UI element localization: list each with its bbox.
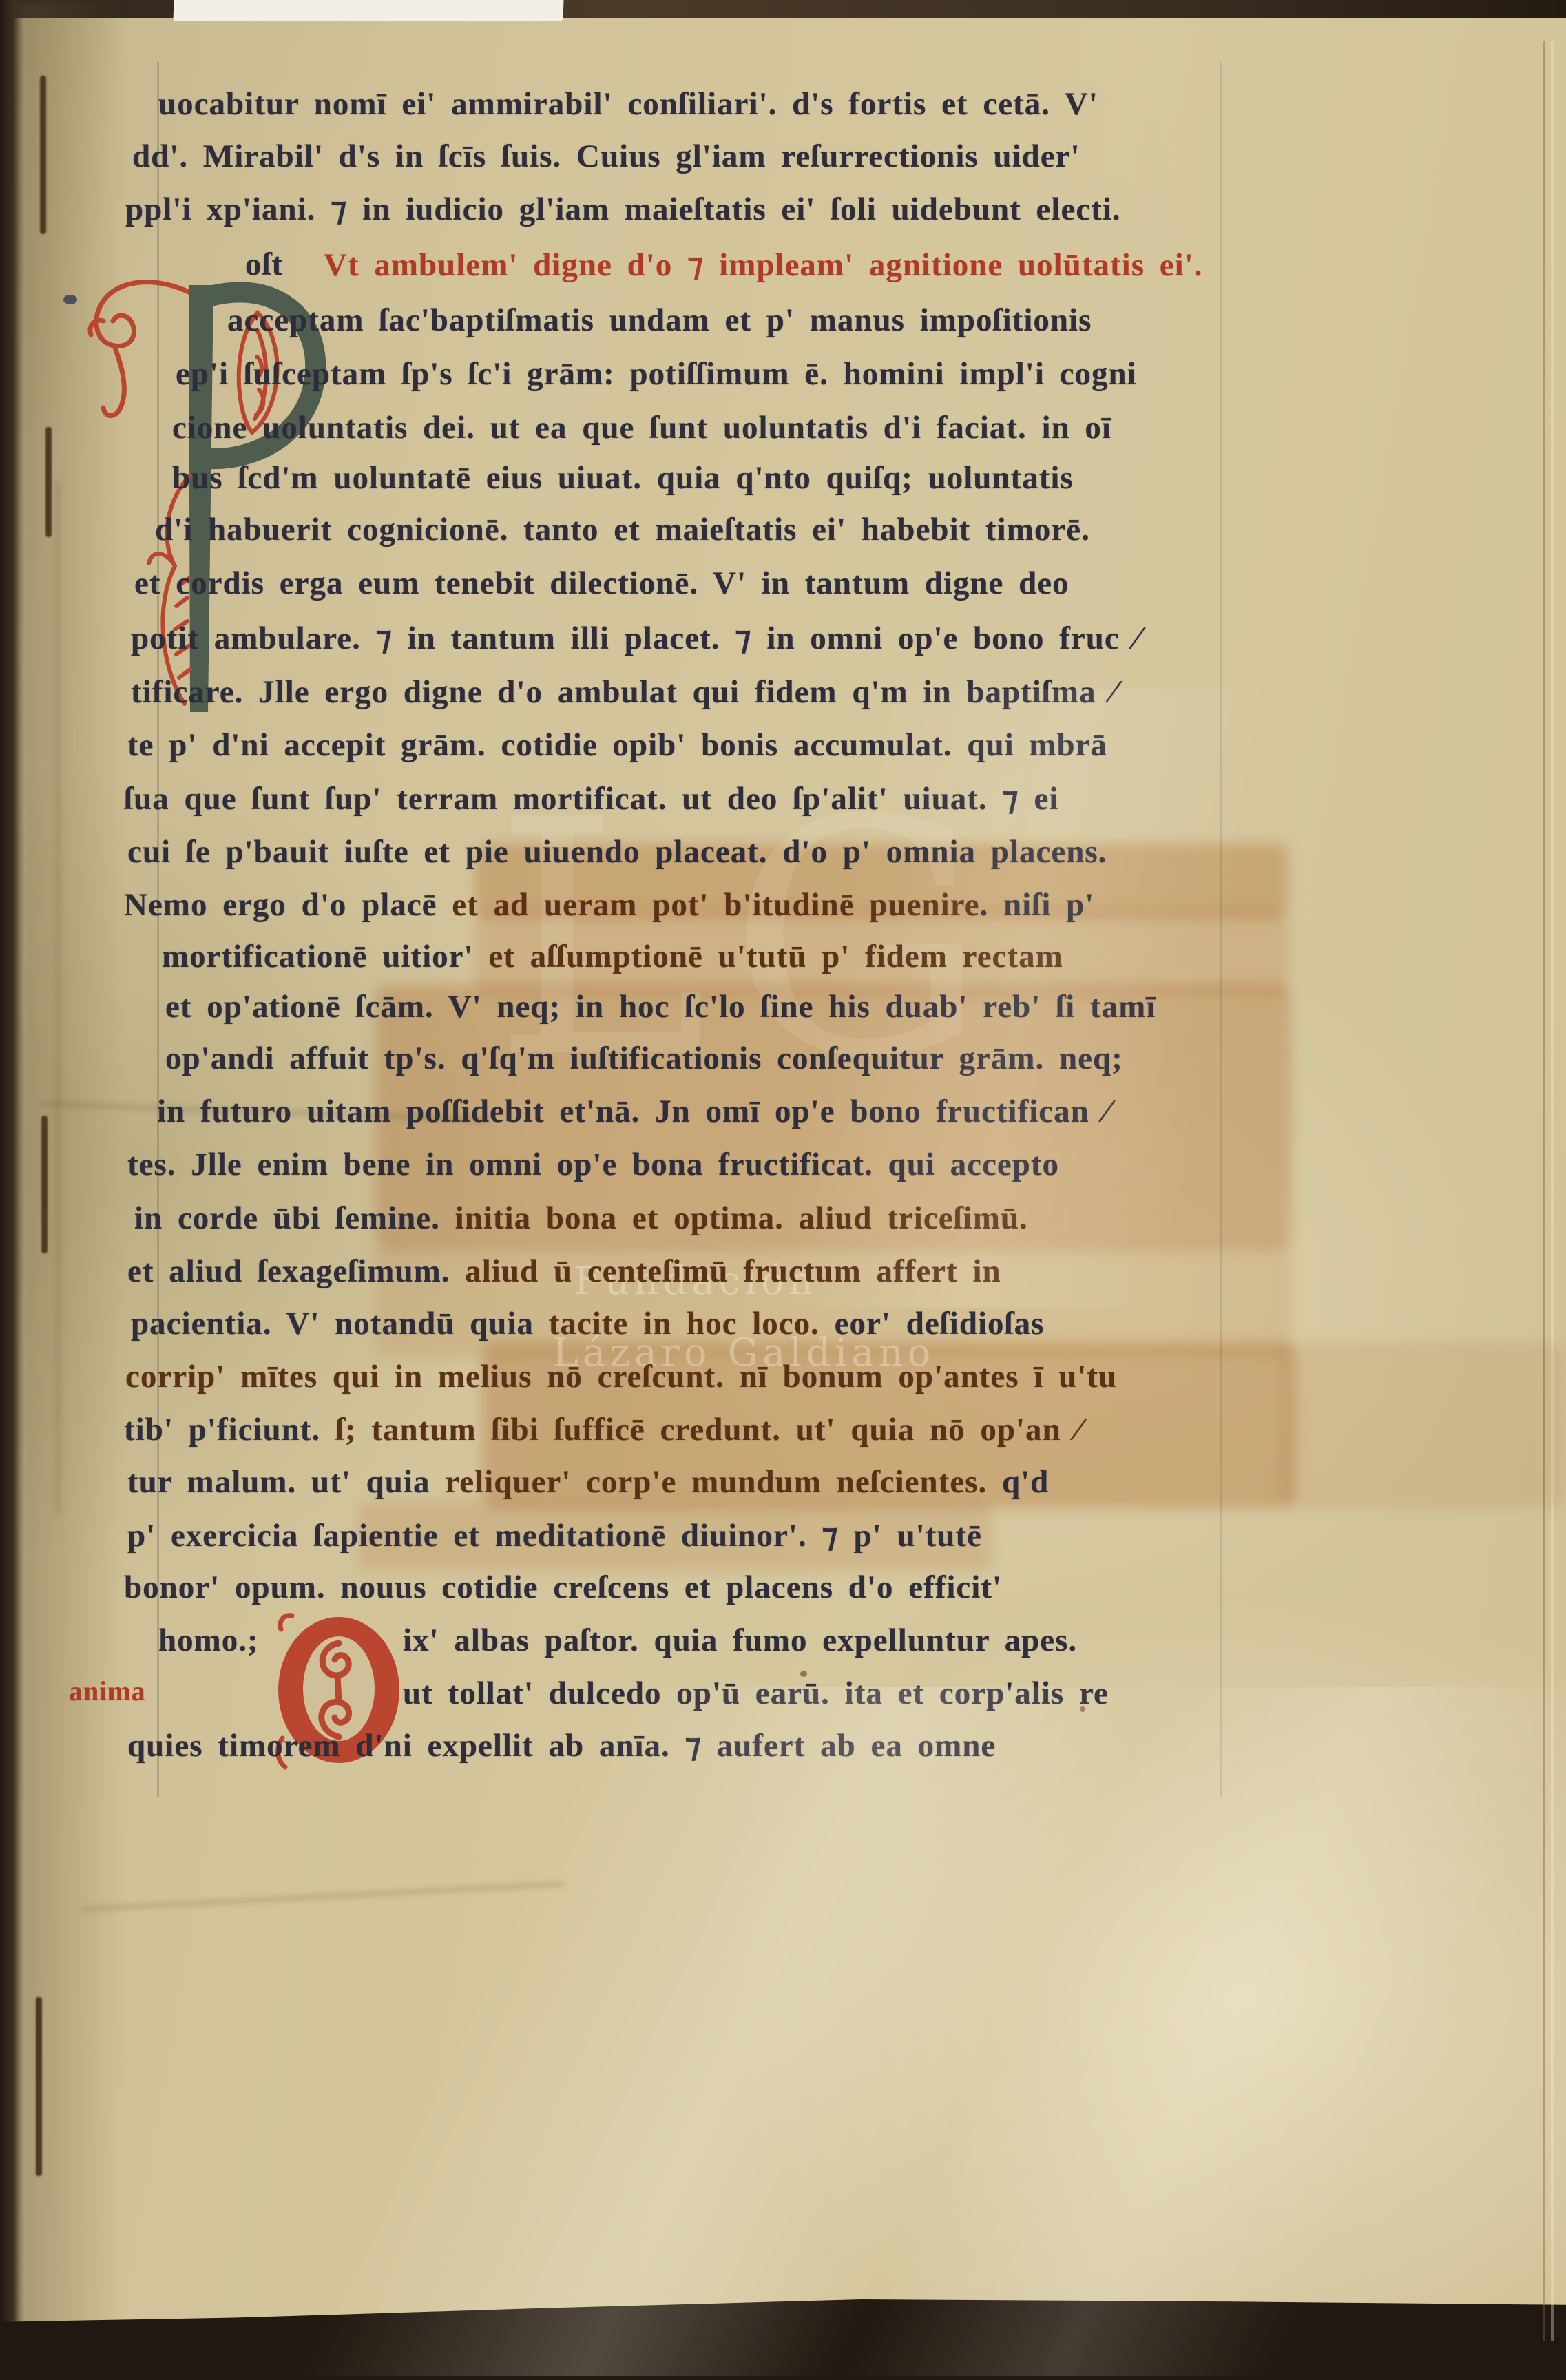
text-line: acceptam ſac'baptiſmatis undam et p' man…	[0, 302, 1566, 350]
rubric-text: Vt ambulem' digne d'o ⁊ impleam' agnitio…	[324, 246, 1203, 284]
text-line: et aliud ſexageſimum. aliud ū centeſimū …	[0, 1253, 1566, 1301]
text-line: op'andi affuit tp's. q'ſq'm iuſtificatio…	[0, 1040, 1566, 1088]
text-line: ep'i ſuſceptam ſp's ſc'i grām: potiſſimu…	[0, 355, 1566, 404]
text-line: tur malum. ut' quia reliquer' corp'e mun…	[0, 1463, 1566, 1512]
body-text: in corde ūbi ſemine.	[134, 1200, 455, 1236]
body-text: cui ſe p'bauit iuſte et pie uiuendo plac…	[127, 834, 1107, 870]
body-text: tificare. Jlle ergo digne d'o ambulat qu…	[131, 674, 1117, 710]
text-line: dd'. Mirabil' d's in ſcīs ſuis. Cuius gl…	[0, 138, 1566, 186]
body-text: et ad ueram pot' b'itudinē puenire	[452, 887, 979, 923]
manuscript-photo: LG Fundación Lázaro Galdiano	[0, 0, 1566, 2380]
text-line: in corde ūbi ſemine. initia bona et opti…	[0, 1200, 1566, 1248]
text-line: ppl'i xp'iani. ⁊ in iudicio gl'iam maieſ…	[0, 190, 1566, 238]
body-text: tes. Jlle enim bene in omni op'e bona fr…	[127, 1147, 1059, 1182]
text-line: bus ſcd'm uoluntatē eius uiuat. quia q'n…	[0, 459, 1566, 508]
body-text: Nemo ergo d'o placē	[124, 887, 452, 923]
body-text: bus ſcd'm uoluntatē eius uiuat. quia q'n…	[172, 460, 1074, 496]
text-line: tib' p'ficiunt. ſ; tantum ſibi ſufficē c…	[0, 1411, 1566, 1459]
body-text: pacientia. V' notandū quia	[131, 1306, 549, 1342]
body-text: et aliud ſexageſimum.	[127, 1253, 465, 1289]
text-line: d'i habuerit cognicionē. tanto et maieſt…	[0, 511, 1566, 559]
body-text: q'd	[1002, 1464, 1049, 1500]
text-line: oſtVt ambulem' digne d'o ⁊ impleam' agni…	[0, 246, 1566, 294]
text-line: ſua que ſunt ſup' terram mortificat. ut …	[0, 780, 1566, 828]
text-line: potit ambulare. ⁊ in tantum illi placet.…	[0, 619, 1566, 667]
text-line: te p' d'ni accepit grām. cotidie opib' b…	[0, 727, 1566, 775]
body-text: acceptam ſac'baptiſmatis undam et p' man…	[227, 302, 1092, 338]
body-text: op'andi affuit tp's. q'ſq'm iuſtificatio…	[165, 1041, 1123, 1076]
text-line: tificare. Jlle ergo digne d'o ambulat qu…	[0, 674, 1566, 722]
body-text: ix' albas paſtor. quia fumo expelluntur …	[403, 1622, 1077, 1659]
body-text: uocabitur nomī ei' ammirabil' conſiliari…	[158, 86, 1098, 122]
body-text: ep'i ſuſceptam ſp's ſc'i grām: potiſſimu…	[176, 356, 1137, 392]
text-line: cui ſe p'bauit iuſte et pie uiuendo plac…	[0, 833, 1566, 881]
body-text: bonor' opum. nouus cotidie creſcens et p…	[124, 1569, 1002, 1605]
body-text: tib' p'ficiunt.	[124, 1412, 335, 1448]
text-line: Nemo ergo d'o placē et ad ueram pot' b'i…	[0, 886, 1566, 935]
body-text: oſt	[245, 246, 283, 283]
body-text: d'i habuerit cognicionē. tanto et maieſt…	[155, 512, 1090, 547]
body-text: ut tollat' dulcedo op'ū earū. ita et cor…	[403, 1675, 1109, 1712]
text-line: animaut tollat' dulcedo op'ū earū. ita e…	[0, 1675, 1566, 1723]
body-text: dd'. Mirabil' d's in ſcīs ſuis. Cuius gl…	[132, 138, 1080, 174]
text-line: tes. Jlle enim bene in omni op'e bona fr…	[0, 1146, 1566, 1194]
body-text: et aſſumptionē u'tutū p' fidem rectam	[488, 939, 1063, 974]
body-text: potit ambulare. ⁊ in tantum illi placet.…	[131, 620, 1140, 656]
body-text: quies timorem d'ni expellit ab anīa. ⁊ a…	[127, 1728, 996, 1764]
text-line: bonor' opum. nouus cotidie creſcens et p…	[0, 1569, 1566, 1617]
body-text: homo.;	[158, 1622, 259, 1659]
body-text: et cordis erga eum tenebit dilectionē. V…	[134, 565, 1069, 601]
body-text: p' exercicia ſapientie et meditationē di…	[127, 1518, 982, 1554]
body-text: initia bona et optima. aliud triceſimū.	[455, 1200, 1028, 1236]
text-line: mortificationē uitior' et aſſumptionē u'…	[0, 938, 1566, 986]
body-text: tur malum. ut' quia	[127, 1464, 445, 1500]
rubric-text: anima	[69, 1675, 146, 1707]
body-text: tacite in hoc loco.	[549, 1306, 835, 1342]
body-text: ppl'i xp'iani. ⁊ in iudicio gl'iam maieſ…	[125, 191, 1121, 227]
body-text: eor' deſidioſas	[835, 1306, 1045, 1342]
body-text: aliud ū centeſimū fructum affert in	[465, 1253, 1001, 1289]
text-line: corrip' mītes qui in melius nō creſcunt.…	[0, 1358, 1566, 1406]
text-block: uocabitur nomī ei' ammirabil' conſiliari…	[0, 0, 1566, 2380]
body-text: . niſi p'	[980, 887, 1095, 923]
body-text: te p' d'ni accepit grām. cotidie opib' b…	[127, 727, 1107, 763]
body-text: in futuro uitam poſſidebit et'nā. Jn omī…	[157, 1094, 1110, 1129]
text-line: pacientia. V' notandū quia tacite in hoc…	[0, 1305, 1566, 1353]
body-text: ſ; tantum ſibi ſufficē credunt. ut' quia…	[335, 1412, 1082, 1448]
text-line: homo.;ix' albas paſtor. quia fumo expell…	[0, 1622, 1566, 1670]
body-text: reliquer' corp'e mundum neſcientes.	[445, 1464, 1002, 1500]
body-text: cione uoluntatis dei. ut ea que ſunt uol…	[172, 410, 1111, 446]
text-line: quies timorem d'ni expellit ab anīa. ⁊ a…	[0, 1726, 1566, 1775]
text-line: uocabitur nomī ei' ammirabil' conſiliari…	[0, 85, 1566, 134]
body-text: et op'ationē ſcām. V' neq; in hoc ſc'lo …	[165, 989, 1156, 1025]
text-line: et op'ationē ſcām. V' neq; in hoc ſc'lo …	[0, 988, 1566, 1036]
body-text: mortificationē uitior'	[162, 939, 488, 974]
body-text: corrip' mītes qui in melius nō creſcunt.…	[125, 1359, 1117, 1395]
text-line: cione uoluntatis dei. ut ea que ſunt uol…	[0, 409, 1566, 457]
text-line: et cordis erga eum tenebit dilectionē. V…	[0, 565, 1566, 613]
text-line: in futuro uitam poſſidebit et'nā. Jn omī…	[0, 1093, 1566, 1141]
text-line: p' exercicia ſapientie et meditationē di…	[0, 1516, 1566, 1565]
body-text: ſua que ſunt ſup' terram mortificat. ut …	[124, 781, 1058, 817]
